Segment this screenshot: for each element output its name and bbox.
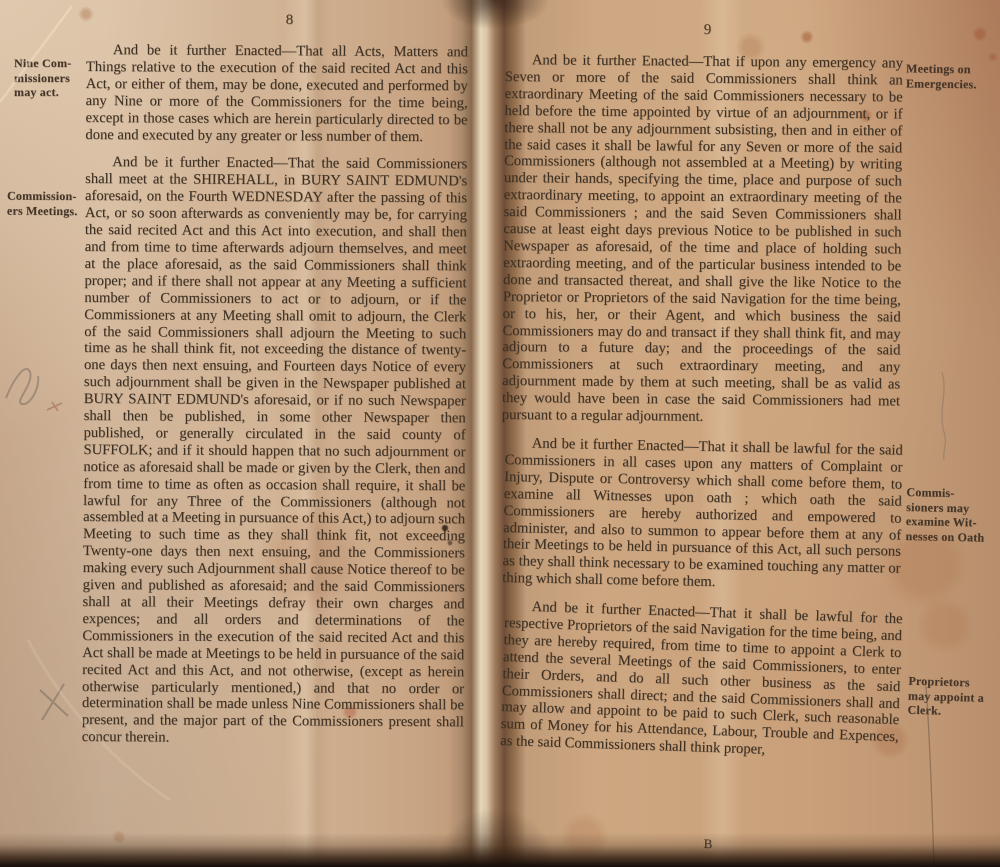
page-number-right: 9 [688,22,728,39]
act-paragraph: And be it further Enacted—That it shall … [500,598,903,763]
page-9-body-text: And be it further Enacted—That if upon a… [505,52,903,761]
book-photo: 8 Nine Com- missioners may act. Commissi… [0,0,1000,867]
gutter-top-shadow [440,0,550,30]
act-paragraph: And be it further Enacted—That all Acts,… [85,42,468,146]
book-bottom-edge-shadow [0,833,1000,867]
margin-note-meetings-on-emergencies: Meetings on Emergencies. [906,61,1000,91]
act-paragraph: And be it further Enacted—That it shall … [502,435,903,595]
margin-note-examine-witnesses: Commis- sioners may examine Wit- nesses … [905,485,1000,545]
margin-note-appoint-clerk: Proprietors may appoint a Clerk. [907,674,1000,720]
page-number-left: 8 [270,12,310,29]
page-8-body-text: And be it further Enacted—That all Acts,… [82,42,468,759]
act-paragraph: And be it further Enacted—That if upon a… [502,52,903,427]
act-paragraph: And be it further Enacted—That the said … [82,154,468,748]
